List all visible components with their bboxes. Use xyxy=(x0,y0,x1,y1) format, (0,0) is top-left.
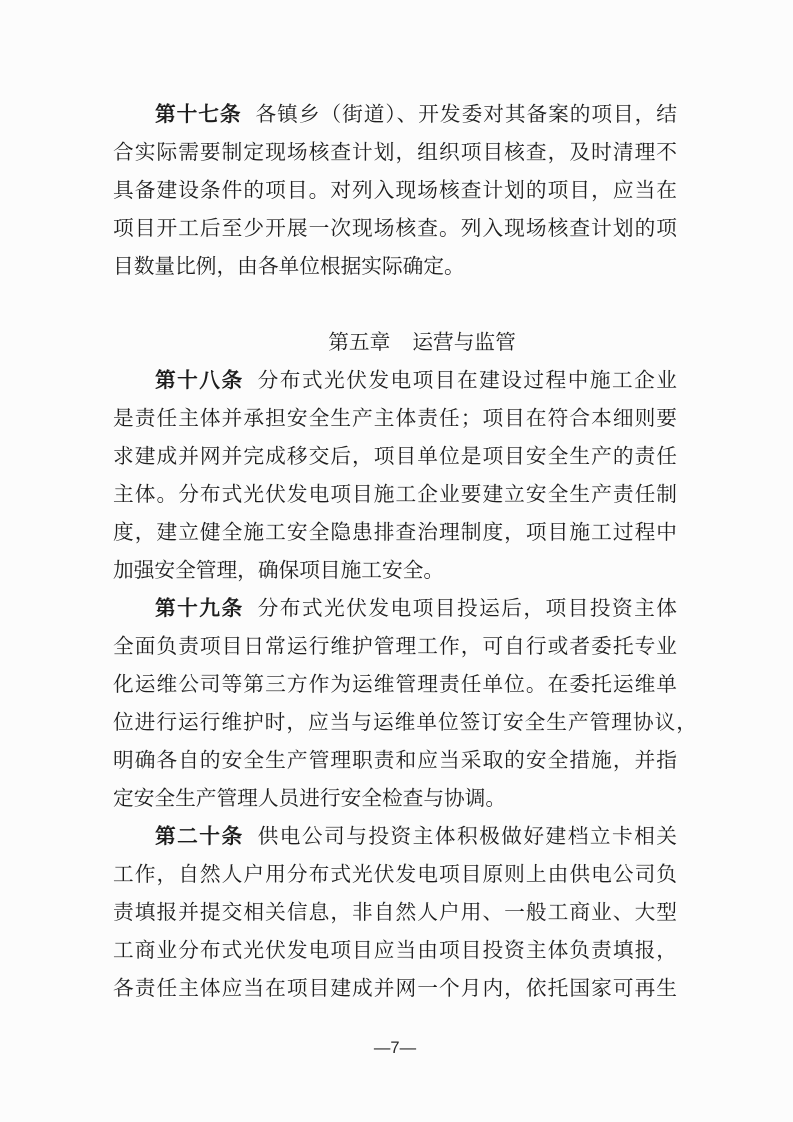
page-number: —7— xyxy=(374,1039,416,1057)
article-20-number: 第二十条 xyxy=(155,825,244,848)
blank-line xyxy=(113,286,677,324)
article-20: 第二十条供电公司与投资主体积极做好建档立卡相关 工作，自然人户用分布式光伏发电项… xyxy=(113,818,677,1008)
document-body: 第十七条各镇乡（街道）、开发委对其备案的项目，结 合实际需要制定现场核查计划，组… xyxy=(113,96,677,1008)
text-line: 加强安全管理，确保项目施工安全。 xyxy=(113,552,677,590)
text-line: 第十八条分布式光伏发电项目在建设过程中施工企业 xyxy=(113,362,677,400)
text-run: 供电公司与投资主体积极做好建档立卡相关 xyxy=(258,825,677,848)
text-line: 第十九条分布式光伏发电项目投运后，项目投资主体 xyxy=(113,590,677,628)
document-page: 第十七条各镇乡（街道）、开发委对其备案的项目，结 合实际需要制定现场核查计划，组… xyxy=(0,0,793,1122)
text-line: 项目开工后至少开展一次现场核查。列入现场核查计划的项 xyxy=(113,210,677,248)
article-18-number: 第十八条 xyxy=(155,369,244,392)
article-19: 第十九条分布式光伏发电项目投运后，项目投资主体 全面负责项目日常运行维护管理工作… xyxy=(113,590,677,818)
text-line: 是责任主体并承担安全生产主体责任；项目在符合本细则要 xyxy=(113,400,677,438)
article-19-number: 第十九条 xyxy=(155,597,244,620)
text-line: 第二十条供电公司与投资主体积极做好建档立卡相关 xyxy=(113,818,677,856)
article-18: 第十八条分布式光伏发电项目在建设过程中施工企业 是责任主体并承担安全生产主体责任… xyxy=(113,362,677,590)
text-line: 明确各自的安全生产管理职责和应当采取的安全措施，并指 xyxy=(113,742,677,780)
text-line: 具备建设条件的项目。对列入现场核查计划的项目，应当在 xyxy=(113,172,677,210)
text-run: 分布式光伏发电项目在建设过程中施工企业 xyxy=(258,369,677,392)
chapter-heading: 第五章运营与监管 xyxy=(113,324,677,362)
text-line: 工作，自然人户用分布式光伏发电项目原则上由供电公司负 xyxy=(113,856,677,894)
text-line: 求建成并网并完成移交后，项目单位是项目安全生产的责任 xyxy=(113,438,677,476)
text-line: 目数量比例，由各单位根据实际确定。 xyxy=(113,248,677,286)
text-line: 工商业分布式光伏发电项目应当由项目投资主体负责填报， xyxy=(113,932,677,970)
text-run: 各镇乡（街道）、开发委对其备案的项目，结 xyxy=(256,103,677,126)
text-line: 度，建立健全施工安全隐患排查治理制度，项目施工过程中 xyxy=(113,514,677,552)
text-run: 分布式光伏发电项目投运后，项目投资主体 xyxy=(258,597,677,620)
text-line: 各责任主体应当在项目建成并网一个月内，依托国家可再生 xyxy=(113,970,677,1008)
chapter-title: 运营与监管 xyxy=(412,331,515,354)
page-footer: —7— xyxy=(113,1038,677,1058)
text-line: 位进行运行维护时，应当与运维单位签订安全生产管理协议， xyxy=(113,704,697,742)
text-line: 合实际需要制定现场核查计划，组织项目核查，及时清理不 xyxy=(113,134,677,172)
text-line: 责填报并提交相关信息，非自然人户用、一般工商业、大型 xyxy=(113,894,677,932)
chapter-number: 第五章 xyxy=(328,331,390,354)
text-line: 第十七条各镇乡（街道）、开发委对其备案的项目，结 xyxy=(113,96,677,134)
article-17: 第十七条各镇乡（街道）、开发委对其备案的项目，结 合实际需要制定现场核查计划，组… xyxy=(113,96,677,286)
text-line: 定安全生产管理人员进行安全检查与协调。 xyxy=(113,780,677,818)
article-17-number: 第十七条 xyxy=(155,103,242,126)
text-line: 全面负责项目日常运行维护管理工作，可自行或者委托专业 xyxy=(113,628,677,666)
text-line: 化运维公司等第三方作为运维管理责任单位。在委托运维单 xyxy=(113,666,677,704)
text-line: 主体。分布式光伏发电项目施工企业要建立安全生产责任制 xyxy=(113,476,677,514)
